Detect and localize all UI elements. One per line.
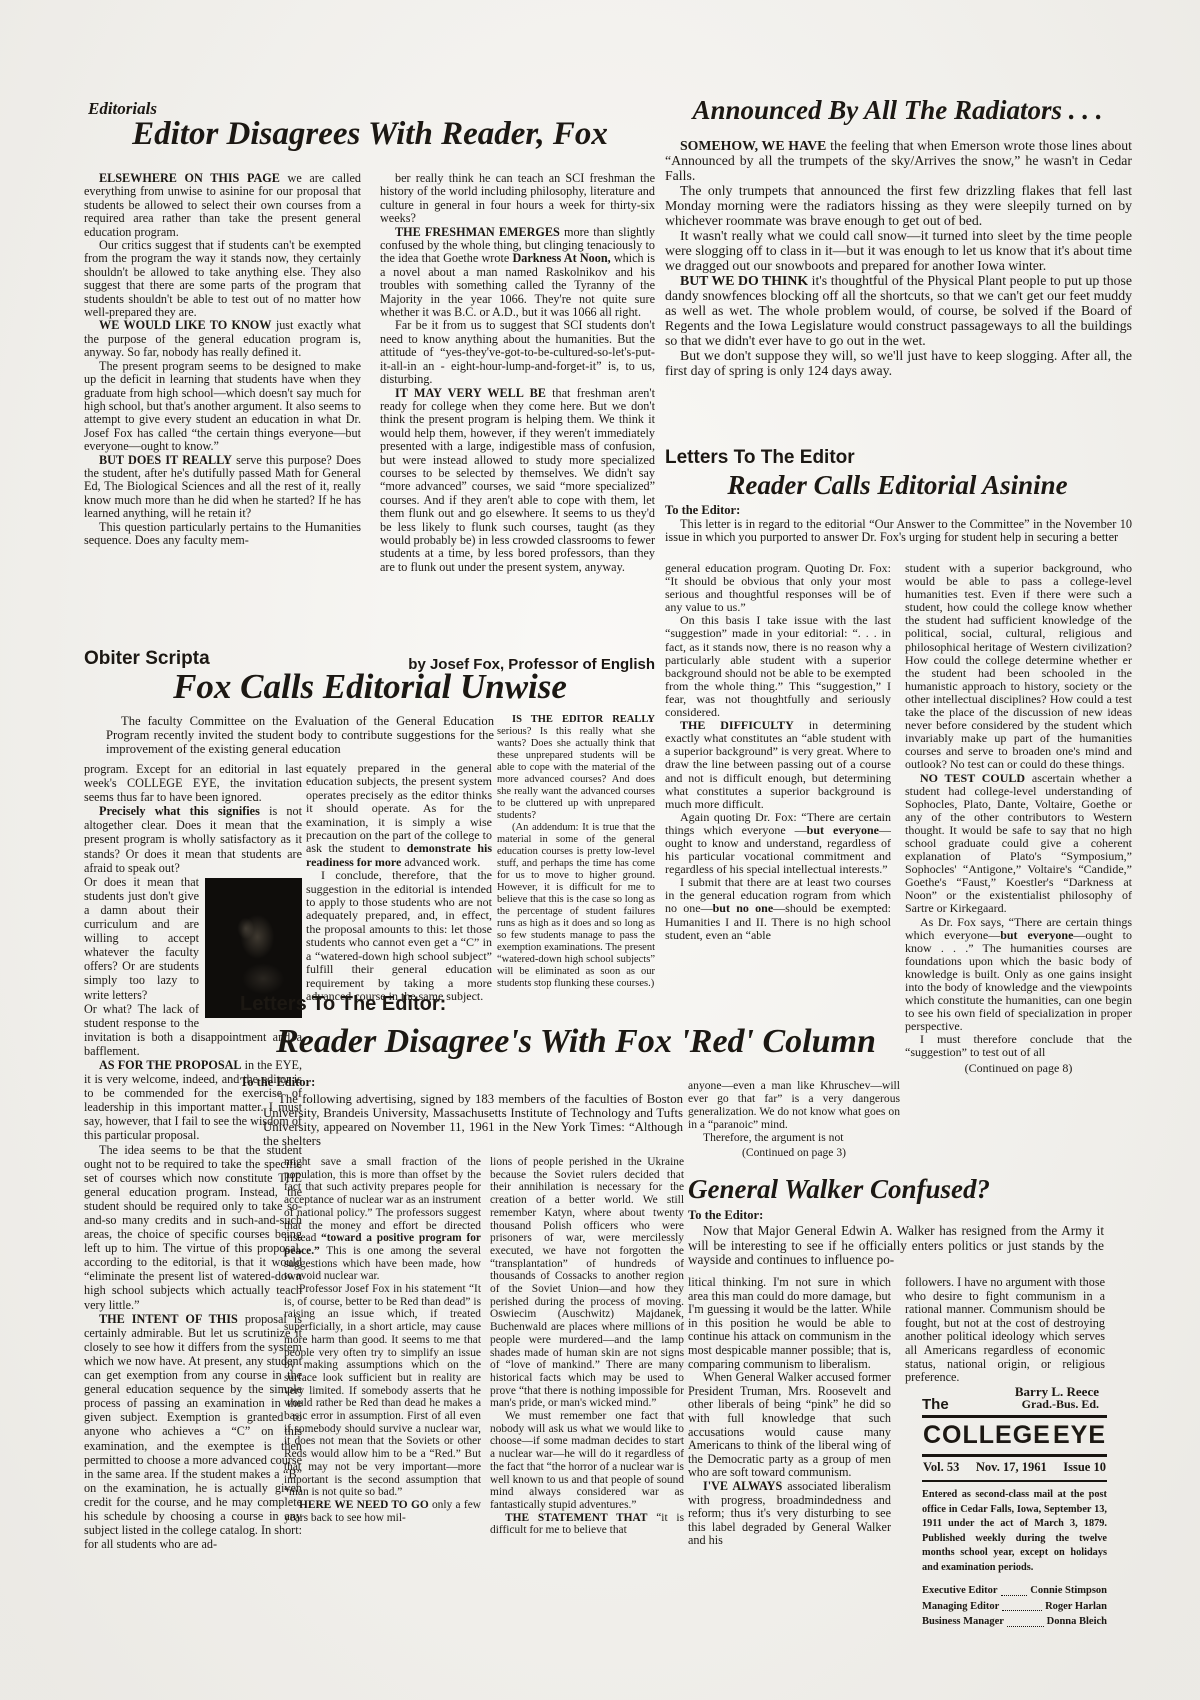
continued-on-page-8: (Continued on page 8)	[905, 1062, 1132, 1075]
masthead-rule	[922, 1415, 1107, 1418]
walker-headline: General Walker Confused?	[688, 1174, 1018, 1205]
paragraph: WE WOULD LIKE TO KNOW just exactly what …	[84, 319, 361, 359]
paragraph: followers. I have no argument with those…	[905, 1276, 1105, 1385]
paragraph: I must therefore conclude that the “sugg…	[905, 1033, 1132, 1059]
paragraph: THE FRESHMAN EMERGES more than slightly …	[380, 226, 655, 320]
paragraph: The present program seems to be designed…	[84, 360, 361, 454]
paragraph: I conclude, therefore, that the suggesti…	[306, 869, 492, 1003]
paragraph: lions of people perished in the Ukraine …	[490, 1156, 684, 1410]
staff-row: Managing Editor Roger Harlan	[922, 1599, 1107, 1615]
paragraph: Far be it from us to suggest that SCI st…	[380, 319, 655, 386]
paragraph: might save a small fraction of the popul…	[284, 1156, 481, 1283]
paragraph: But we don't suppose they will, so we'll…	[665, 348, 1132, 378]
asinine-headline: Reader Calls Editorial Asinine	[665, 470, 1130, 501]
masthead-rule	[922, 1454, 1107, 1457]
dotted-leader	[1007, 1626, 1044, 1627]
masthead-staff-list: Executive Editor Connie Stimpson Managin…	[922, 1583, 1107, 1630]
paragraph: Professor Josef Fox in his statement “It…	[284, 1283, 481, 1499]
paragraph: student with a superior background, who …	[905, 562, 1132, 772]
editor-disagrees-column-2: ber really think he can teach an SCI fre…	[380, 172, 655, 648]
paragraph: The following advertising, signed by 183…	[263, 1092, 683, 1148]
masthead-vol-row: Vol. 53 Nov. 17, 1961 Issue 10	[922, 1459, 1107, 1478]
paragraph: As Dr. Fox says, “There are certain thin…	[905, 916, 1132, 1034]
red-column-3-text: anyone—even a man like Khruschev—will ev…	[688, 1080, 900, 1145]
masthead-the: The	[922, 1396, 1107, 1413]
paragraph: program. Except for an editorial in last…	[84, 762, 302, 804]
fox-colA-before: program. Except for an editorial in last…	[84, 762, 302, 875]
masthead-volume: Vol. 53	[923, 1460, 959, 1475]
radiators-headline: Announced By All The Radiators . . .	[665, 95, 1130, 126]
newspaper-page: Editorials Editor Disagrees With Reader,…	[0, 0, 1200, 1700]
paragraph: I'VE ALWAYS associated liberalism with p…	[688, 1480, 891, 1548]
paragraph: The idea seems to be that the student ou…	[84, 1143, 302, 1312]
paragraph: On this basis I take issue with the last…	[665, 614, 891, 719]
paragraph: THE DIFFICULTY in determining exactly wh…	[665, 719, 891, 811]
dotted-leader	[1002, 1610, 1042, 1611]
paragraph: BUT WE DO THINK it's thoughtful of the P…	[665, 273, 1132, 348]
red-column-salutation: To the Editor:	[240, 1075, 315, 1090]
paragraph: Our critics suggest that if students can…	[84, 239, 361, 319]
red-column-3: anyone—even a man like Khruschev—will ev…	[688, 1080, 900, 1172]
fox-column-intro: The faculty Committee on the Evaluation …	[106, 714, 494, 758]
masthead-title: COLLEGE EYE	[922, 1420, 1107, 1452]
paragraph: We must remember one fact that nobody wi…	[490, 1410, 684, 1512]
asinine-intro: This letter is in regard to the editoria…	[665, 518, 1132, 558]
paragraph: BUT DOES IT REALLY serve this purpose? D…	[84, 454, 361, 521]
fox-column-headline: Fox Calls Editorial Unwise	[84, 667, 656, 707]
masthead-title-word2: EYE	[1053, 1421, 1106, 1450]
red-column-headline: Reader Disagree's With Fox 'Red' Column	[240, 1023, 912, 1061]
fox-column-left-rail: program. Except for an editorial in last…	[84, 762, 302, 1607]
paragraph: ber really think he can teach an SCI fre…	[380, 172, 655, 226]
paragraph: This question particularly pertains to t…	[84, 521, 361, 548]
asinine-column-2: student with a superior background, who …	[905, 562, 1132, 1162]
staff-row: Business Manager Donna Bleich	[922, 1614, 1107, 1630]
paragraph: NO TEST COULD ascertain whether a studen…	[905, 772, 1132, 916]
paragraph: litical thinking. I'm not sure in which …	[688, 1276, 891, 1371]
staff-role: Business Manager	[922, 1614, 1004, 1630]
fox-column-right: IS THE EDITOR REALLY serious? Is this re…	[497, 714, 655, 1022]
letters-to-the-editor-kicker: Letters To The Editor	[665, 447, 855, 469]
asinine-column-2-text: student with a superior background, who …	[905, 562, 1132, 1060]
continued-on-page-3: (Continued on page 3)	[688, 1147, 900, 1160]
staff-name: Connie Stimpson	[1030, 1583, 1107, 1599]
masthead-rule	[922, 1480, 1107, 1482]
paragraph: The only trumpets that announced the fir…	[665, 183, 1132, 228]
editor-disagrees-headline: Editor Disagrees With Reader, Fox	[84, 116, 656, 153]
asinine-salutation: To the Editor:	[665, 503, 740, 518]
staff-row: Executive Editor Connie Stimpson	[922, 1583, 1107, 1599]
paragraph: THE STATEMENT THAT “it is difficult for …	[490, 1512, 684, 1537]
paragraph: Now that Major General Edwin A. Walker h…	[688, 1224, 1104, 1268]
dotted-leader	[1001, 1595, 1028, 1596]
masthead-issue: Issue 10	[1063, 1460, 1106, 1475]
red-column-intro: The following advertising, signed by 183…	[263, 1092, 683, 1150]
editor-disagrees-column-1: ELSEWHERE ON THIS PAGE we are called eve…	[84, 172, 361, 640]
radiators-body: SOMEHOW, WE HAVE the feeling that when E…	[665, 138, 1132, 450]
masthead-title-word1: COLLEGE	[923, 1421, 1051, 1450]
paragraph: anyone—even a man like Khruschev—will ev…	[688, 1080, 900, 1132]
paragraph: Therefore, the argument is not	[688, 1132, 900, 1145]
red-column-2: lions of people perished in the Ukraine …	[490, 1156, 684, 1588]
letters-to-the-editor-kicker-2: Letters To The Editor:	[240, 993, 446, 1016]
paragraph: THE INTENT OF THIS proposal is certainly…	[84, 1312, 302, 1552]
staff-name: Roger Harlan	[1045, 1599, 1107, 1615]
paragraph: IT MAY VERY WELL BE that freshman aren't…	[380, 387, 655, 575]
paragraph: When General Walker accused former Presi…	[688, 1371, 891, 1480]
paragraph: It wasn't really what we could call snow…	[665, 228, 1132, 273]
paragraph: HERE WE NEED TO GO only a few years back…	[284, 1499, 481, 1524]
paragraph: ELSEWHERE ON THIS PAGE we are called eve…	[84, 172, 361, 239]
staff-role: Executive Editor	[922, 1583, 998, 1599]
walker-column-right-text: followers. I have no argument with those…	[905, 1276, 1105, 1385]
paragraph: general education program. Quoting Dr. F…	[665, 562, 891, 614]
walker-salutation: To the Editor:	[688, 1208, 763, 1223]
paragraph: IS THE EDITOR REALLY serious? Is this re…	[497, 714, 655, 822]
paragraph: SOMEHOW, WE HAVE the feeling that when E…	[665, 138, 1132, 183]
red-column-1: might save a small fraction of the popul…	[284, 1156, 481, 1602]
paragraph: equately prepared in the general educati…	[306, 762, 492, 869]
staff-role: Managing Editor	[922, 1599, 999, 1615]
masthead-notice: Entered as second-class mail at the post…	[922, 1488, 1107, 1575]
paragraph: This letter is in regard to the editoria…	[665, 518, 1132, 545]
paragraph: I submit that there are at least two cou…	[665, 876, 891, 941]
masthead-date: Nov. 17, 1961	[976, 1460, 1047, 1475]
walker-column-left: litical thinking. I'm not sure in which …	[688, 1276, 891, 1606]
paragraph: (An addendum: It is true that the materi…	[497, 822, 655, 990]
staff-name: Donna Bleich	[1047, 1614, 1107, 1630]
paragraph: Precisely what this signifies is not alt…	[84, 804, 302, 874]
masthead-box: The COLLEGE EYE Vol. 53 Nov. 17, 1961 Is…	[922, 1396, 1107, 1630]
paragraph: The faculty Committee on the Evaluation …	[106, 714, 494, 756]
paragraph: Again quoting Dr. Fox: “There are certai…	[665, 811, 891, 876]
walker-intro: Now that Major General Edwin A. Walker h…	[688, 1224, 1104, 1272]
